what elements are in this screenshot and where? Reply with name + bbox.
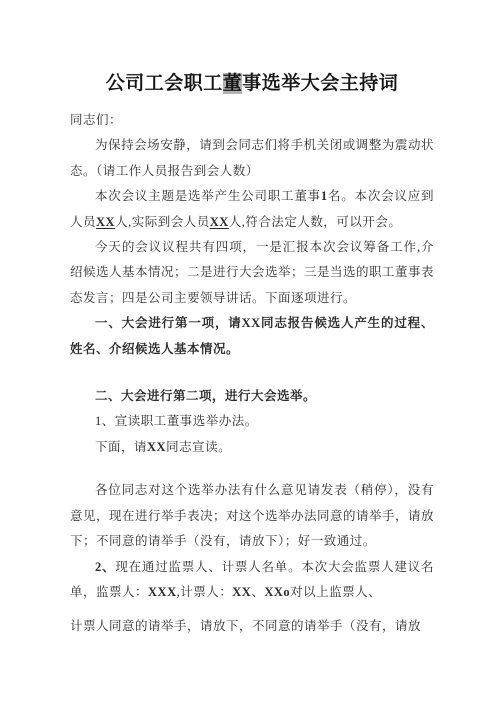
- text-run: 一、大会进行第一项，请XX同志报告候选人产生的过程、姓名、介绍候选人基本情况。: [70, 316, 434, 355]
- text-run: 公司工会职工: [106, 73, 223, 94]
- text-run: 1: [321, 189, 328, 203]
- paragraph: 二、大会进行第二项，进行大会选举。: [70, 384, 434, 409]
- text-run: XX: [96, 215, 115, 229]
- text-run: 人,实际到会人员: [115, 215, 210, 229]
- paragraph: 同志们：: [70, 108, 434, 133]
- text-run: 人,符合法定人数，可以开会。: [229, 215, 402, 229]
- text-run: 计票人同意的请举手，请放下，不同意的请举手（没有，请放: [70, 619, 421, 633]
- text-run: 、: [251, 585, 264, 599]
- paragraph: 1、宣读职工董事选举办法。: [70, 409, 434, 434]
- paragraph: 2、现在通过监票人、计票人名单。本次大会监票人建议名单，监票人：XXX,计票人：…: [70, 555, 434, 606]
- text-run: XXX: [148, 585, 177, 599]
- paragraph: 为保持会场安静，请到会同志们将手机关闭或调整为震动状态。（请工作人员报告到会人数…: [70, 133, 434, 184]
- document-page: 公司工会职工董事选举大会主持词 同志们：为保持会场安静，请到会同志们将手机关闭或…: [0, 0, 500, 707]
- text-run: 同志宣读。: [166, 440, 231, 454]
- text-run: ,计票人：: [177, 585, 233, 599]
- text-run: 本次会议主题是选举产生公司职工董事: [95, 189, 321, 203]
- text-run: 1、宣读职工董事选举办法。: [95, 414, 258, 428]
- highlighted-text-run: 董: [223, 73, 243, 94]
- document-body: 同志们：为保持会场安静，请到会同志们将手机关闭或调整为震动状态。（请工作人员报告…: [70, 108, 434, 640]
- paragraph: 下面，请XX同志宣读。: [70, 435, 434, 460]
- text-run: XX: [147, 440, 166, 454]
- text-run: 对以上监票人、: [290, 585, 381, 599]
- text-run: 为保持会场安静，请到会同志们将手机关闭或调整为震动状态。（请工作人员报告到会人数…: [70, 138, 434, 177]
- text-run: 同志们：: [70, 113, 122, 127]
- text-run: 各位同志对这个选举办法有什么意见请发表（稍停），没有意见，现在进行举手表决；对这…: [70, 483, 434, 548]
- paragraph: 一、大会进行第一项，请XX同志报告候选人产生的过程、姓名、介绍候选人基本情况。: [70, 311, 434, 362]
- text-run: 二、大会进行第二项，进行大会选举。: [95, 389, 316, 403]
- paragraph: 计票人同意的请举手，请放下，不同意的请举手（没有，请放: [70, 614, 434, 639]
- paragraph: 今天的会议议程共有四项，一是汇报本次会议筹备工作,介绍候选人基本情况；二是进行大…: [70, 235, 434, 311]
- text-run: XXo: [264, 585, 290, 599]
- text-run: 今天的会议议程共有四项，一是汇报本次会议筹备工作,介绍候选人基本情况；二是进行大…: [70, 240, 434, 305]
- text-run: 下面，请: [95, 440, 147, 454]
- paragraph: 本次会议主题是选举产生公司职工董事1名。本次会议应到人员XX人,实际到会人员XX…: [70, 184, 434, 235]
- document-title: 公司工会职工董事选举大会主持词: [70, 72, 434, 96]
- text-run: XX: [232, 585, 251, 599]
- text-run: 事选举大会主持词: [242, 73, 398, 94]
- text-run: 2、: [95, 560, 115, 574]
- text-run: XX: [210, 215, 229, 229]
- paragraph: 各位同志对这个选举办法有什么意见请发表（稍停），没有意见，现在进行举手表决；对这…: [70, 478, 434, 554]
